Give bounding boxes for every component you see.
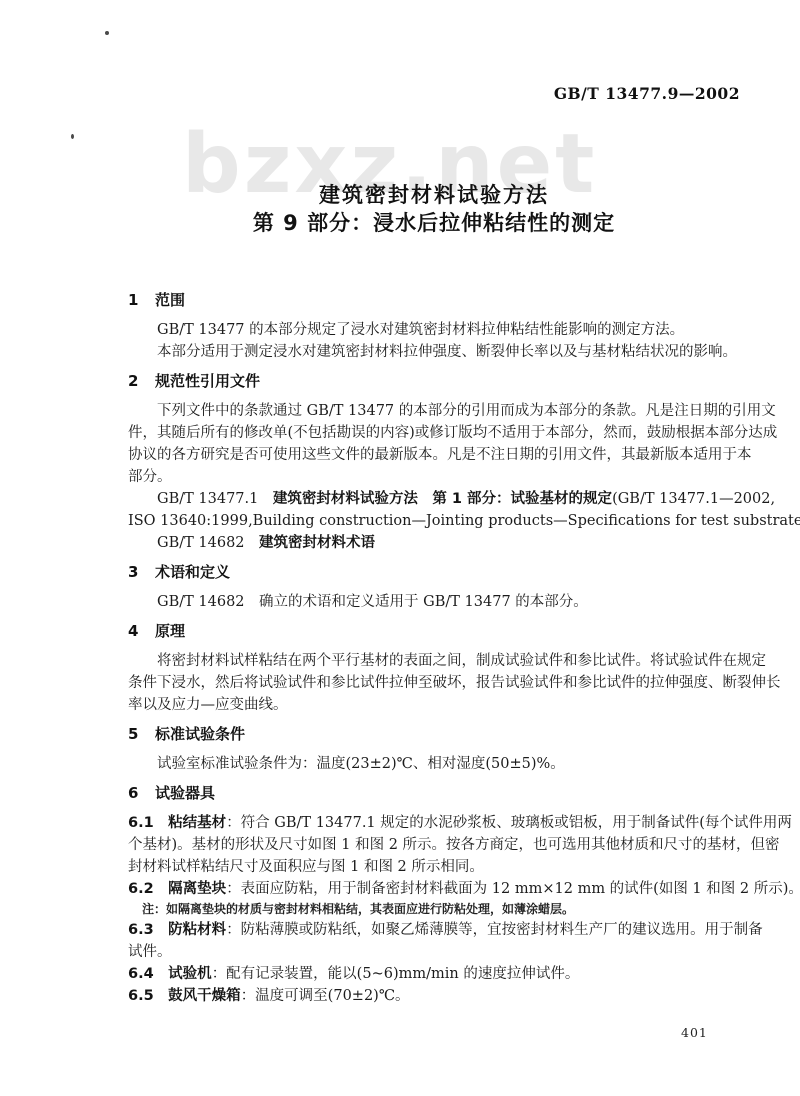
text-segment: GB/T 14682 确立的术语和定义适用于 GB/T 13477 的本部分。 <box>157 594 588 610</box>
text-segment: 封材料试样粘结尺寸及面积应与图 1 和图 2 所示相同。 <box>128 859 484 875</box>
body-text-line: 协议的各方研究是否可使用这些文件的最新版本。凡是不注日期的引用文件，其最新版本适… <box>128 444 742 466</box>
body-text-line: 本部分适用于测定浸水对建筑密封材料拉伸强度、断裂伸长率以及与基材粘结状况的影响。 <box>128 341 742 363</box>
section-number: 2 <box>128 371 155 391</box>
text-segment: 条件下浸水，然后将试验试件和参比试件拉伸至破坏，报告试验试件和参比试件的拉伸强度… <box>128 675 781 691</box>
body-text-line: 条件下浸水，然后将试验试件和参比试件拉伸至破坏，报告试验试件和参比试件的拉伸强度… <box>128 672 742 694</box>
body-text-line: GB/T 13477.1 建筑密封材料试验方法 第 1 部分：试验基材的规定(G… <box>128 488 742 510</box>
text-segment: ：表面应防粘，用于制备密封材料截面为 12 mm×12 mm 的试件(如图 1 … <box>226 881 800 897</box>
section-number: 6 <box>128 783 155 803</box>
section-title: 试验器具 <box>155 784 215 802</box>
scan-speck <box>71 134 74 139</box>
body-text-line: 下列文件中的条款通过 GB/T 13477 的本部分的引用而成为本部分的条款。凡… <box>128 400 742 422</box>
bold-term: 6.4 试验机 <box>128 966 212 982</box>
body-text-line: 件，其随后所有的修改单(不包括勘误的内容)或修订版均不适用于本部分，然而，鼓励根… <box>128 422 742 444</box>
text-segment: 下列文件中的条款通过 GB/T 13477 的本部分的引用而成为本部分的条款。凡… <box>157 403 776 419</box>
scan-speck <box>105 31 109 35</box>
section-heading-2: 2规范性引用文件 <box>128 371 742 391</box>
body-text-line: 6.5 鼓风干燥箱：温度可调至(70±2)℃。 <box>128 985 742 1007</box>
document-title-line1: 建筑密封材料试验方法 <box>128 179 740 209</box>
body-text-line: 个基材)。基材的形状及尺寸如图 1 和图 2 所示。按各方商定，也可选用其他材质… <box>128 834 742 856</box>
body-text-line: 6.1 粘结基材：符合 GB/T 13477.1 规定的水泥砂浆板、玻璃板或铝板… <box>128 812 742 834</box>
text-segment: GB/T 13477.1 <box>157 491 273 507</box>
body-text-line: 6.2 隔离垫块：表面应防粘，用于制备密封材料截面为 12 mm×12 mm 的… <box>128 878 742 900</box>
document-body: 1范围GB/T 13477 的本部分规定了浸水对建筑密封材料拉伸粘结性能影响的测… <box>128 282 742 1007</box>
section-heading-3: 3术语和定义 <box>128 562 742 582</box>
body-text-line: 6.4 试验机：配有记录装置，能以(5~6)mm/min 的速度拉伸试件。 <box>128 963 742 985</box>
section-heading-6: 6试验器具 <box>128 783 742 803</box>
text-segment: 试验室标准试验条件为：温度(23±2)℃、相对湿度(50±5)%。 <box>157 756 565 772</box>
section-title: 术语和定义 <box>155 563 230 581</box>
section-number: 4 <box>128 621 155 641</box>
section-heading-5: 5标准试验条件 <box>128 724 742 744</box>
body-text-line: GB/T 13477 的本部分规定了浸水对建筑密封材料拉伸粘结性能影响的测定方法… <box>128 319 742 341</box>
text-segment: 率以及应力—应变曲线。 <box>128 697 288 713</box>
body-text-line: 试验室标准试验条件为：温度(23±2)℃、相对湿度(50±5)%。 <box>128 753 742 775</box>
text-segment: (GB/T 13477.1—2002, <box>612 491 775 507</box>
text-segment: ：防粘薄膜或防粘纸，如聚乙烯薄膜等，宜按密封材料生产厂的建议选用。用于制备 <box>226 922 763 938</box>
text-segment: GB/T 14682 <box>157 535 259 551</box>
text-segment: 个基材)。基材的形状及尺寸如图 1 和图 2 所示。按各方商定，也可选用其他材质… <box>128 837 780 853</box>
body-text-line: 率以及应力—应变曲线。 <box>128 694 742 716</box>
bold-term: 6.2 隔离垫块 <box>128 881 226 897</box>
text-segment: ISO 13640:1999,Building construction—Joi… <box>128 513 800 529</box>
section-number: 1 <box>128 290 155 310</box>
body-text-line: GB/T 14682 建筑密封材料术语 <box>128 532 742 554</box>
document-title-line2: 第 9 部分：浸水后拉伸粘结性的测定 <box>128 207 740 237</box>
section-number: 5 <box>128 724 155 744</box>
body-text-line: 将密封材料试样粘结在两个平行基材的表面之间，制成试验试件和参比试件。将试验试件在… <box>128 650 742 672</box>
text-segment: ：温度可调至(70±2)℃。 <box>241 988 410 1004</box>
text-segment: 试件。 <box>128 944 172 960</box>
bold-term: 6.1 粘结基材 <box>128 815 226 831</box>
text-segment: 部分。 <box>128 469 172 485</box>
section-heading-1: 1范围 <box>128 290 742 310</box>
note-text: 注：如隔离垫块的材质与密封材料相粘结，其表面应进行防粘处理，如薄涂蜡层。 <box>128 900 742 919</box>
body-text-line: 试件。 <box>128 941 742 963</box>
text-segment: 件，其随后所有的修改单(不包括勘误的内容)或修订版均不适用于本部分，然而，鼓励根… <box>128 425 777 441</box>
text-segment: GB/T 13477 的本部分规定了浸水对建筑密封材料拉伸粘结性能影响的测定方法… <box>157 322 684 338</box>
body-text-line: 封材料试样粘结尺寸及面积应与图 1 和图 2 所示相同。 <box>128 856 742 878</box>
bold-term: 建筑密封材料术语 <box>259 535 375 551</box>
section-heading-4: 4原理 <box>128 621 742 641</box>
section-title: 范围 <box>155 291 185 309</box>
body-text-line: 6.3 防粘材料：防粘薄膜或防粘纸，如聚乙烯薄膜等，宜按密封材料生产厂的建议选用… <box>128 919 742 941</box>
page-number: 401 <box>681 1025 708 1040</box>
text-segment: 注：如隔离垫块的材质与密封材料相粘结，其表面应进行防粘处理，如薄涂蜡层。 <box>142 902 574 916</box>
bold-term: 6.3 防粘材料 <box>128 922 226 938</box>
body-text-line: GB/T 14682 确立的术语和定义适用于 GB/T 13477 的本部分。 <box>128 591 742 613</box>
section-title: 原理 <box>155 622 185 640</box>
text-segment: 本部分适用于测定浸水对建筑密封材料拉伸强度、断裂伸长率以及与基材粘结状况的影响。 <box>157 344 737 360</box>
text-segment: ：符合 GB/T 13477.1 规定的水泥砂浆板、玻璃板或铝板，用于制备试件(… <box>226 815 792 831</box>
bold-term: 6.5 鼓风干燥箱 <box>128 988 241 1004</box>
document-page: GB/T 13477.9—2002 bzxz.net 建筑密封材料试验方法 第 … <box>0 0 800 1096</box>
text-segment: 协议的各方研究是否可使用这些文件的最新版本。凡是不注日期的引用文件，其最新版本适… <box>128 447 752 463</box>
section-number: 3 <box>128 562 155 582</box>
text-segment: ：配有记录装置，能以(5~6)mm/min 的速度拉伸试件。 <box>212 966 580 982</box>
bold-term: 建筑密封材料试验方法 第 1 部分：试验基材的规定 <box>273 491 612 507</box>
section-title: 规范性引用文件 <box>155 372 260 390</box>
text-segment: 将密封材料试样粘结在两个平行基材的表面之间，制成试验试件和参比试件。将试验试件在… <box>157 653 766 669</box>
body-text-line: ISO 13640:1999,Building construction—Joi… <box>128 510 742 532</box>
section-title: 标准试验条件 <box>155 725 245 743</box>
body-text-line: 部分。 <box>128 466 742 488</box>
standard-number: GB/T 13477.9—2002 <box>554 84 740 103</box>
